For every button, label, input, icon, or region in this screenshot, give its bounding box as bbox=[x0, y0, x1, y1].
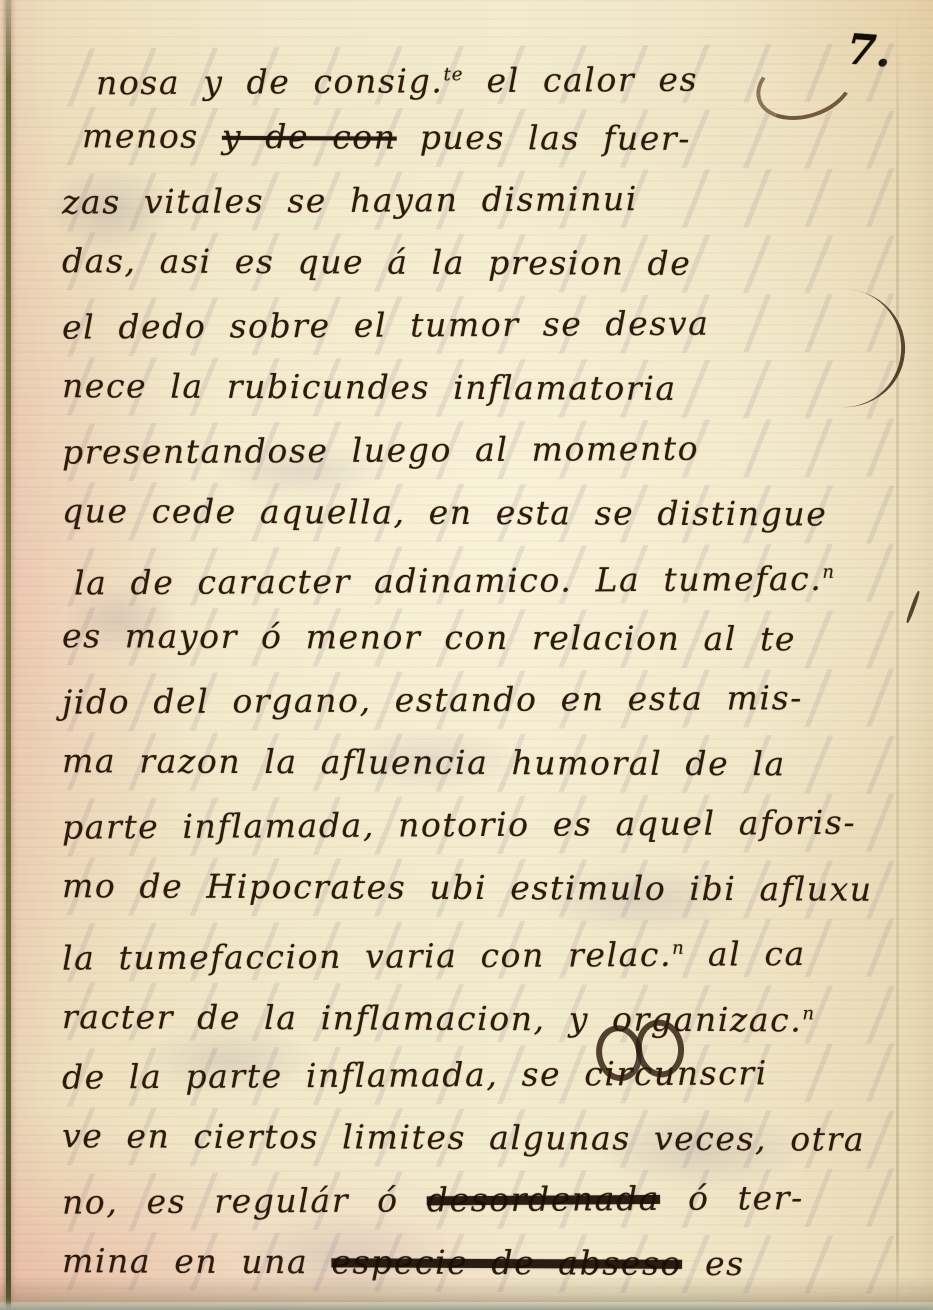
text-segment: jido del organo, estando en esta mis- bbox=[62, 678, 803, 722]
text-segment: que cede aquella, en esta se distingue bbox=[62, 491, 828, 533]
text-segment: ó ter- bbox=[660, 1178, 804, 1218]
manuscript-line: parte inflamada, notorio es aquel aforis… bbox=[62, 794, 907, 857]
page-bottom-edge bbox=[0, 1298, 933, 1310]
text-segment: nece la rubicundes inflamatoria bbox=[62, 366, 677, 408]
text-segment: presentandose luego al momento bbox=[62, 429, 699, 472]
manuscript-line: nece la rubicundes inflamatoria bbox=[62, 357, 907, 419]
text-segment: especie de abseso bbox=[331, 1242, 682, 1283]
text-segment: n bbox=[672, 938, 685, 959]
text-segment: ve en ciertos limites algunas veces, otr… bbox=[62, 1116, 865, 1159]
text-segment: menos bbox=[82, 116, 222, 156]
manuscript-line: menos y de con pues las fuer- bbox=[62, 107, 907, 169]
manuscript-line: es mayor ó menor con relacion al te bbox=[62, 607, 907, 669]
manuscript-line: la de caracter adinamico. La tumefac.n bbox=[62, 544, 907, 607]
manuscript-line: nosa y de consig.te el calor es bbox=[62, 43, 907, 106]
text-segment: parte inflamada, notorio es aquel aforis… bbox=[62, 803, 856, 847]
text-segment: n bbox=[822, 562, 835, 583]
text-segment: zas vitales se hayan disminui bbox=[62, 179, 638, 222]
manuscript-line: ve en ciertos limites algunas veces, otr… bbox=[62, 1107, 907, 1169]
text-segment: al ca bbox=[685, 934, 806, 974]
manuscript-line: la tumefaccion varia con relac.n al ca bbox=[62, 919, 907, 982]
text-segment: la tumefaccion varia con relac. bbox=[62, 935, 672, 978]
text-segment: y de con bbox=[222, 116, 397, 156]
text-segment: la de caracter adinamico. La tumefac. bbox=[74, 559, 823, 603]
text-segment: el dedo sobre el tumor se desva bbox=[62, 304, 710, 347]
manuscript-text: nosa y de consig.te el calor esmenos y d… bbox=[62, 46, 907, 1292]
manuscript-line: das, asi es que á la presion de bbox=[62, 232, 907, 294]
manuscript-line: el dedo sobre el tumor se desva bbox=[62, 293, 907, 356]
text-segment: racter de la inflamacion, y organizac. bbox=[62, 997, 803, 1039]
manuscript-line: mina en una especie de abseso es bbox=[62, 1232, 907, 1294]
ink-stray-mark bbox=[905, 590, 920, 623]
text-segment: mina en una bbox=[62, 1241, 332, 1281]
text-segment: es mayor ó menor con relacion al te bbox=[62, 616, 796, 658]
manuscript-line: presentandose luego al momento bbox=[62, 419, 907, 482]
manuscript-line: de la parte inflamada, se circunscri bbox=[62, 1044, 907, 1107]
manuscript-page: 7. nosa y de consig.te el calor esmenos … bbox=[0, 0, 933, 1310]
text-segment: n bbox=[802, 1003, 815, 1024]
text-segment: te bbox=[443, 64, 463, 85]
text-segment: no, es regulár ó bbox=[62, 1181, 427, 1222]
page-binding-edge bbox=[6, 0, 11, 1310]
manuscript-line: ma razon la afluencia humoral de la bbox=[62, 732, 907, 794]
manuscript-line: no, es regulár ó desordenada ó ter- bbox=[62, 1169, 907, 1232]
text-segment: mo de Hipocrates ubi estimulo ibi afluxu bbox=[62, 866, 873, 909]
manuscript-line: que cede aquella, en esta se distingue bbox=[62, 482, 907, 544]
text-segment: ma razon la afluencia humoral de la bbox=[62, 741, 786, 783]
manuscript-line: racter de la inflamacion, y organizac.n bbox=[62, 982, 907, 1044]
manuscript-line: zas vitales se hayan disminui bbox=[62, 168, 907, 231]
text-segment: de la parte inflamada, se circunscri bbox=[62, 1054, 768, 1097]
text-segment: pues las fuer- bbox=[397, 117, 692, 157]
text-segment: desordenada bbox=[427, 1179, 660, 1219]
text-segment: el calor es bbox=[463, 60, 698, 100]
manuscript-line: jido del organo, estando en esta mis- bbox=[62, 669, 907, 732]
text-segment: nosa y de consig. bbox=[96, 61, 444, 102]
manuscript-line: mo de Hipocrates ubi estimulo ibi afluxu bbox=[62, 857, 907, 919]
text-segment: es bbox=[682, 1244, 745, 1283]
text-segment: das, asi es que á la presion de bbox=[62, 241, 692, 283]
